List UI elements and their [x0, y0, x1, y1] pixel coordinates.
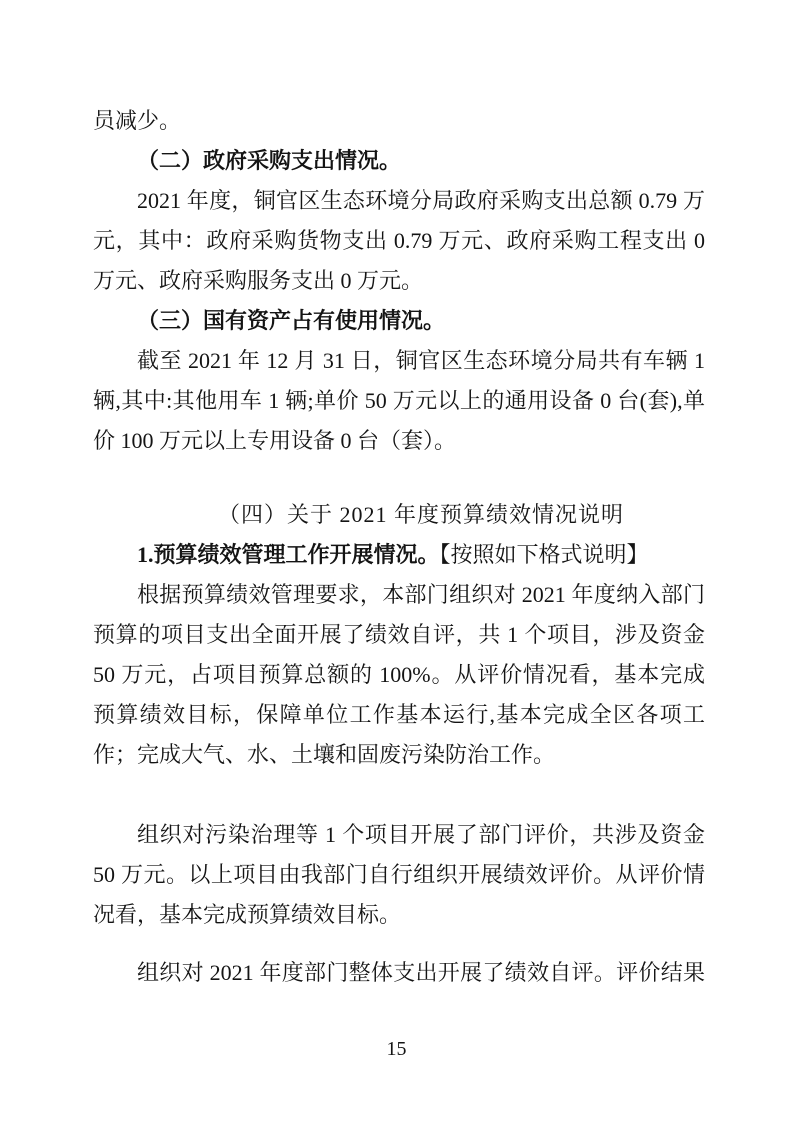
section3-paragraph: 截至 2021 年 12 月 31 日，铜官区生态环境分局共有车辆 1 辆,其中… [93, 341, 705, 461]
subsection1-heading: 1.预算绩效管理工作开展情况。【按照如下格式说明】 [93, 535, 705, 575]
document-page: 员减少。 （二）政府采购支出情况。 2021 年度，铜官区生态环境分局政府采购支… [0, 0, 793, 1122]
page-content: 员减少。 （二）政府采购支出情况。 2021 年度，铜官区生态环境分局政府采购支… [93, 101, 705, 993]
section4-heading: （四）关于 2021 年度预算绩效情况说明 [93, 495, 705, 535]
section4-paragraph-2: 组织对污染治理等 1 个项目开展了部门评价，共涉及资金 50 万元。以上项目由我… [93, 815, 705, 935]
section2-paragraph: 2021 年度，铜官区生态环境分局政府采购支出总额 0.79 万元，其中：政府采… [93, 181, 705, 301]
subsection1-label: 1.预算绩效管理工作开展情况。 [137, 542, 440, 567]
section4-paragraph-1: 根据预算绩效管理要求，本部门组织对 2021 年度纳入部门预算的项目支出全面开展… [93, 575, 705, 775]
subsection1-note: 【按照如下格式说明】 [440, 542, 649, 567]
paragraph-continuation: 员减少。 [93, 101, 705, 141]
section2-heading: （二）政府采购支出情况。 [93, 141, 705, 181]
section4-paragraph-3: 组织对 2021 年度部门整体支出开展了绩效自评。评价结果 [93, 953, 705, 993]
page-number: 15 [0, 1036, 793, 1062]
section3-heading: （三）国有资产占有使用情况。 [93, 301, 705, 341]
